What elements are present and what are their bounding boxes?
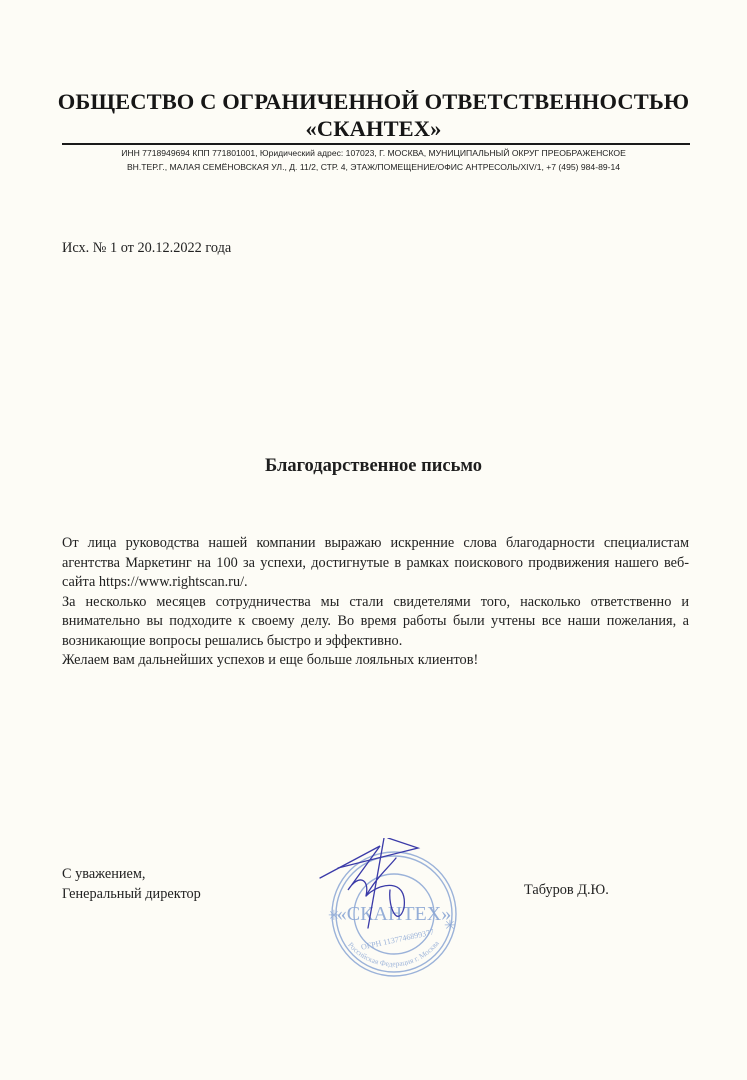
body-paragraph: От лица руководства нашей компании выраж…	[62, 534, 689, 593]
body-paragraph: Желаем вам дальнейших успехов и еще боль…	[62, 651, 689, 671]
svg-text:✳: ✳	[444, 919, 456, 934]
closing-block: С уважением, Генеральный директор	[62, 864, 201, 904]
svg-text:✳: ✳	[328, 909, 340, 924]
body-paragraph: За несколько месяцев сотрудничества мы с…	[62, 593, 689, 652]
organization-details: ИНН 7718949694 КПП 771801001, Юридически…	[40, 146, 707, 174]
details-line1: ИНН 7718949694 КПП 771801001, Юридически…	[40, 146, 707, 160]
stamp-ogrn: ОГРН 1137746899377	[360, 927, 435, 951]
letter-body: От лица руководства нашей компании выраж…	[62, 534, 689, 671]
organization-name: ОБЩЕСТВО С ОГРАНИЧЕННОЙ ОТВЕТСТВЕННОСТЬЮ…	[0, 88, 747, 142]
company-stamp: «СКАНТЕХ» ✳ ✳ ОГРН 1137746899377 Российс…	[318, 838, 468, 978]
signer-name: Табуров Д.Ю.	[524, 882, 609, 899]
details-line2: ВН.ТЕР.Г., МАЛАЯ СЕМЁНОВСКАЯ УЛ., Д. 11/…	[40, 160, 707, 174]
organization-name-line1: ОБЩЕСТВО С ОГРАНИЧЕННОЙ ОТВЕТСТВЕННОСТЬЮ	[0, 88, 747, 115]
organization-name-line2: «СКАНТЕХ»	[0, 115, 747, 142]
closing-phrase: С уважением,	[62, 864, 201, 884]
header-divider	[62, 143, 690, 145]
signer-position: Генеральный директор	[62, 884, 201, 904]
letter-title: Благодарственное письмо	[0, 456, 747, 477]
outgoing-reference: Исх. № 1 от 20.12.2022 года	[62, 240, 231, 257]
stamp-seal-icon: «СКАНТЕХ» ✳ ✳ ОГРН 1137746899377 Российс…	[318, 838, 468, 978]
letter-page: ОБЩЕСТВО С ОГРАНИЧЕННОЙ ОТВЕТСТВЕННОСТЬЮ…	[0, 0, 747, 1080]
